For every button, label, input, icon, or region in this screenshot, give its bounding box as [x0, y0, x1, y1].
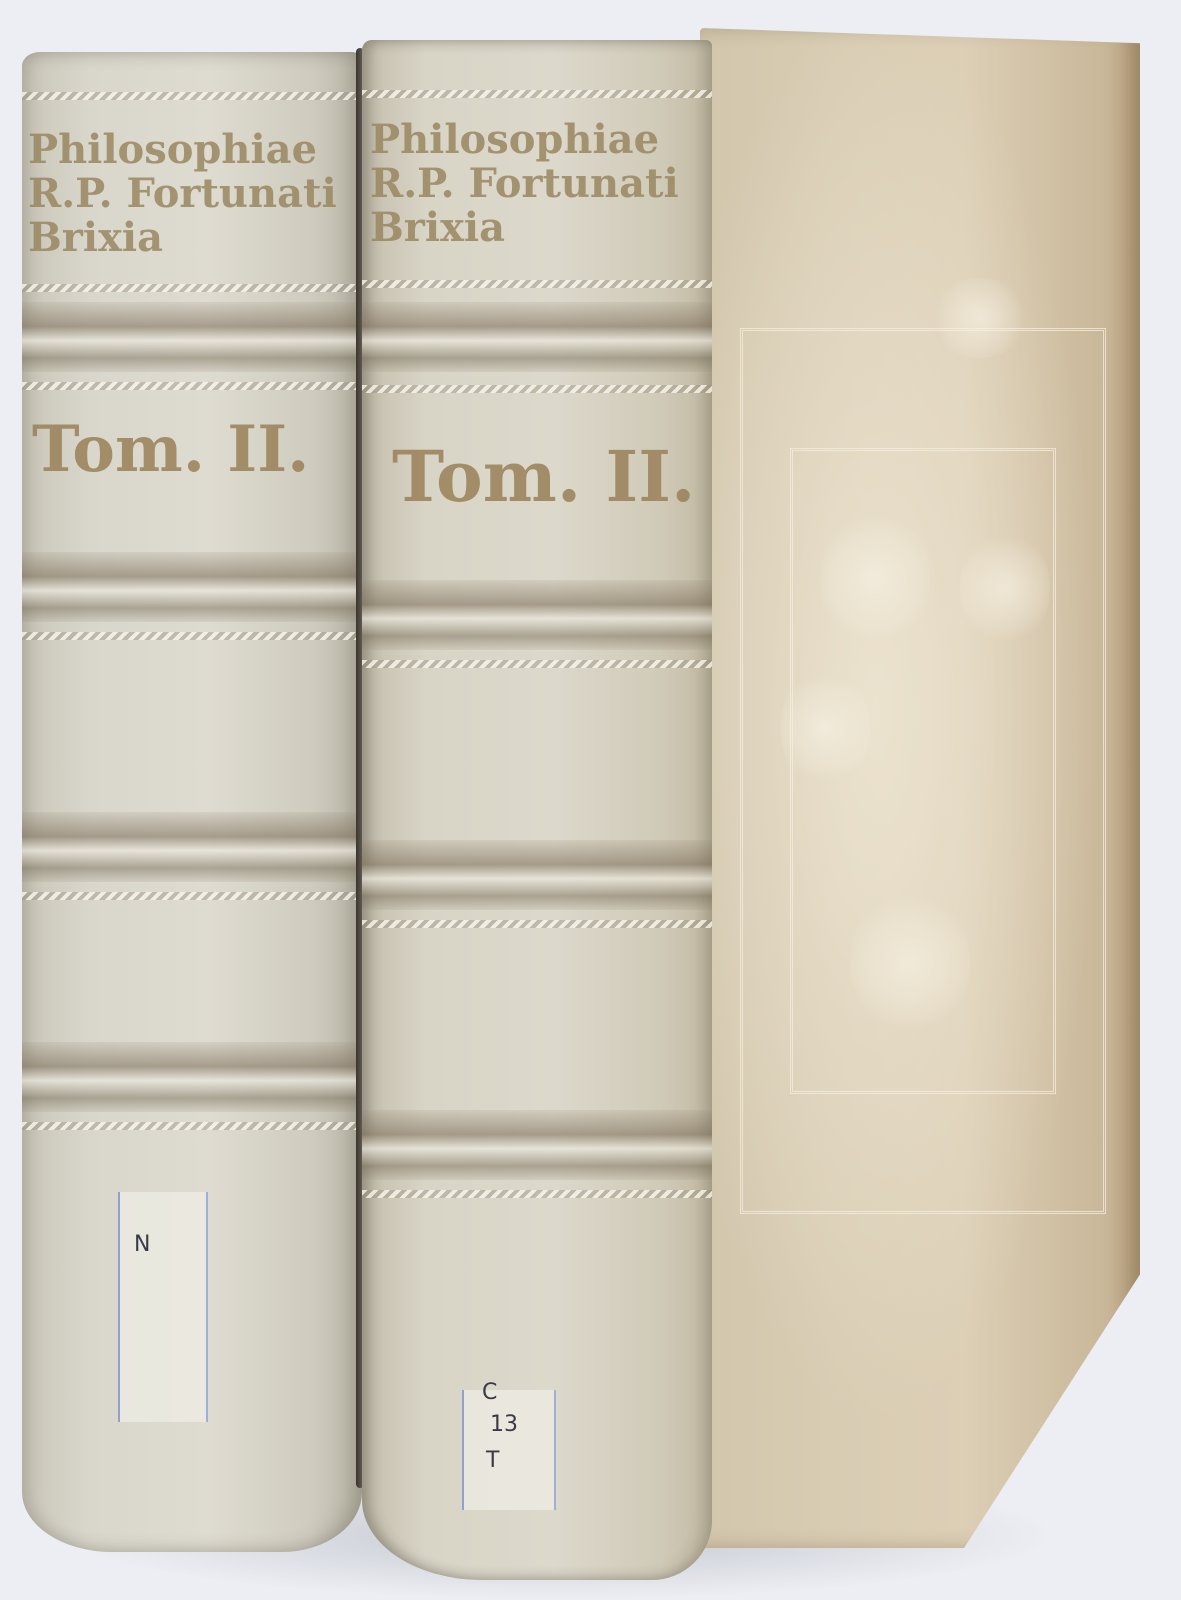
right-book-front-cover	[700, 28, 1140, 1548]
cover-ornament	[960, 528, 1050, 648]
raised-band	[362, 580, 712, 650]
tooled-border	[362, 660, 712, 668]
cover-ornament	[780, 668, 870, 788]
left-spine-title: Philosophiae R.P. Fortunati Brixia	[28, 130, 362, 258]
cover-ornament	[850, 888, 970, 1038]
right-shelf-mark-line: 13	[490, 1412, 518, 1437]
tooled-border	[22, 892, 362, 900]
tooled-border	[22, 382, 362, 390]
cover-ornament	[820, 508, 930, 648]
raised-band	[362, 1110, 712, 1180]
tooled-border	[22, 1122, 362, 1130]
left-shelf-mark: N	[134, 1232, 150, 1257]
title-line: Brixia	[370, 208, 712, 248]
raised-band	[22, 302, 362, 372]
shelf-label-patch	[118, 1192, 208, 1422]
tooled-border	[362, 1190, 712, 1198]
shelf-label-patch	[462, 1390, 556, 1510]
title-line: Philosophiae	[28, 130, 362, 170]
raised-band	[22, 812, 362, 882]
tooled-border	[22, 632, 362, 640]
left-book-spine: Philosophiae R.P. Fortunati Brixia Tom. …	[22, 52, 362, 1552]
right-shelf-mark-line: T	[486, 1448, 499, 1473]
tooled-border	[362, 920, 712, 928]
right-shelf-mark-line: C	[482, 1380, 497, 1405]
tooled-border	[22, 284, 362, 292]
raised-band	[362, 840, 712, 910]
left-volume-label: Tom. II.	[32, 412, 362, 487]
photo-scene: Philosophiae R.P. Fortunati Brixia Tom. …	[0, 0, 1181, 1600]
right-spine-title: Philosophiae R.P. Fortunati Brixia	[370, 120, 712, 248]
tooled-border	[22, 92, 362, 100]
tooled-border	[362, 280, 712, 288]
title-line: R.P. Fortunati	[28, 174, 362, 214]
cover-ornament	[930, 278, 1030, 358]
title-line: R.P. Fortunati	[370, 164, 712, 204]
tooled-border	[362, 385, 712, 393]
right-volume-label: Tom. II.	[392, 435, 712, 518]
right-book-spine: Philosophiae R.P. Fortunati Brixia Tom. …	[362, 40, 712, 1580]
raised-band	[362, 302, 712, 372]
raised-band	[22, 552, 362, 622]
title-line: Philosophiae	[370, 120, 712, 160]
tooled-border	[362, 90, 712, 98]
raised-band	[22, 1042, 362, 1112]
title-line: Brixia	[28, 218, 362, 258]
